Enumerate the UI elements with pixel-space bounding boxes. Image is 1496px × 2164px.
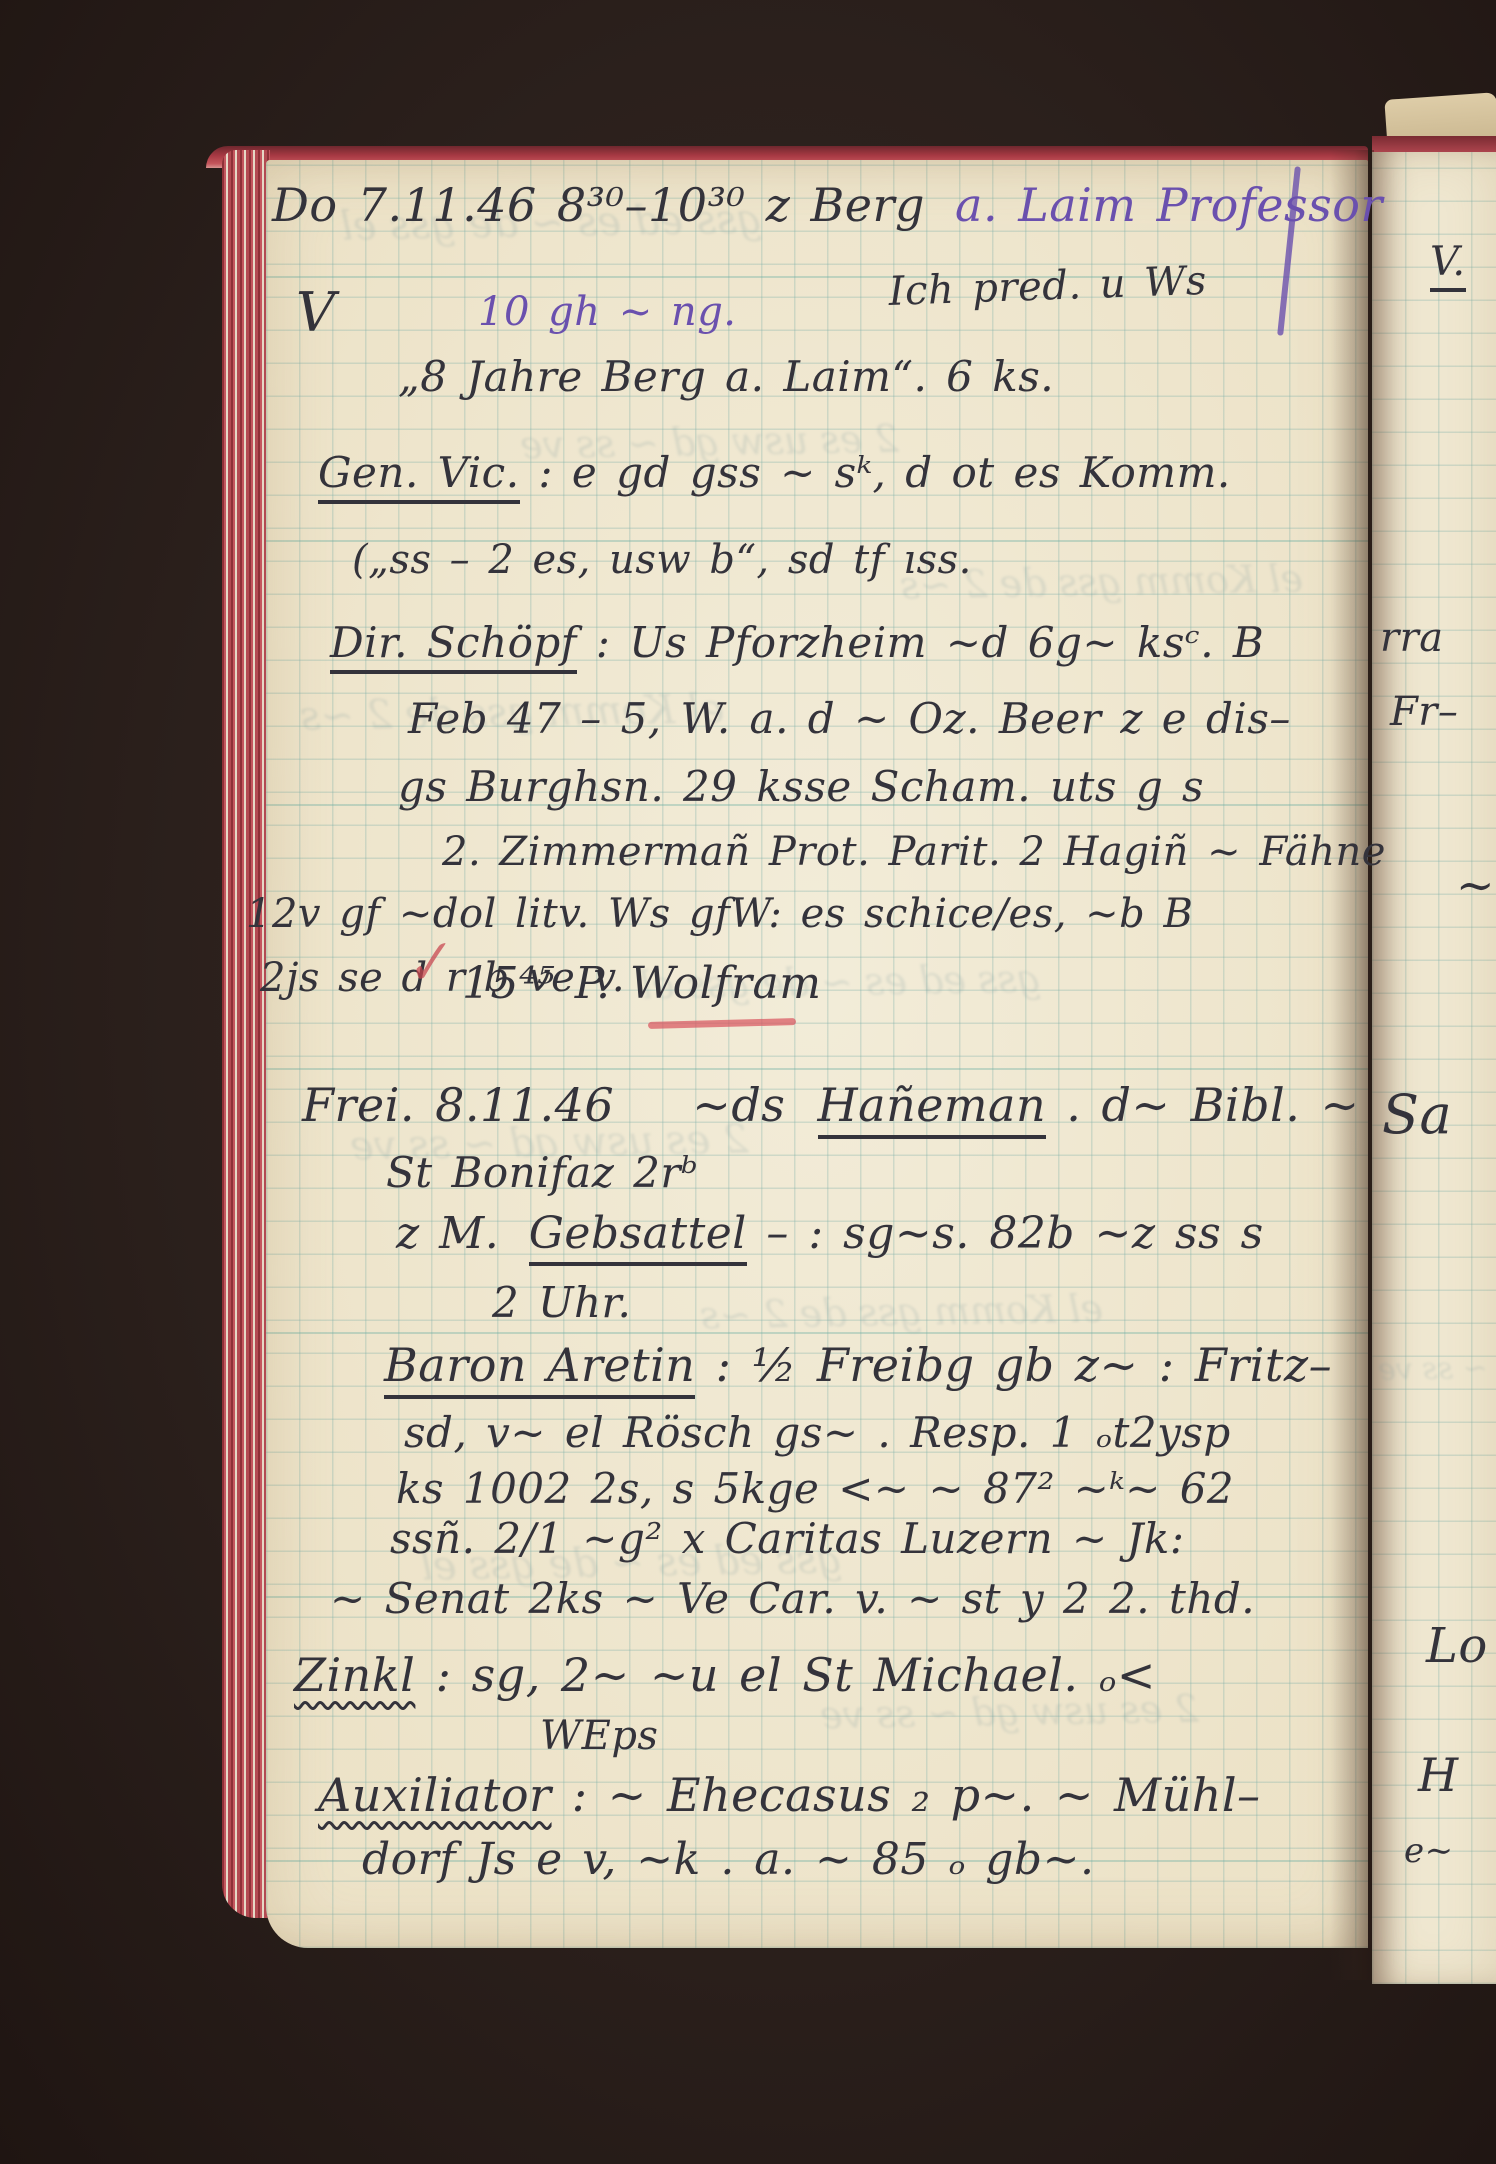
handwriting-line-predigt: Ich pred. u Ws: [888, 261, 1207, 312]
gebsattel-note: – : sg∼s. 82b ∼z ss s: [766, 1208, 1263, 1259]
ink-showthrough: 2 es usw gd ∼ ss ve: [1378, 1347, 1496, 1387]
heading-gen-vic: Gen. Vic.: [318, 448, 520, 504]
right-page-fragment-h: H: [1418, 1752, 1459, 1798]
heading-dir-schoepf: Dir. Schöpf: [330, 618, 577, 674]
shorthand-mark: ∼ds: [692, 1078, 785, 1132]
schoepf-line-feb47: Feb 47 – 5, W. a. d ∼ Oz. Beer z e dis–: [408, 698, 1291, 740]
right-page-paper: [1372, 152, 1496, 1984]
paragraph-dir-schoepf: Dir. Schöpf : Us Pforzheim ∼d 6g∼ ksᶜ. B: [330, 622, 1264, 664]
auxiliator-ehecasus-note: : ∼ Ehecasus ₂ p∼. ∼ Mühl–: [572, 1768, 1261, 1822]
line-2-uhr: 2 Uhr.: [492, 1282, 631, 1324]
right-page-fragment-sa: Sa: [1382, 1088, 1452, 1142]
margin-mark-v: V: [296, 286, 336, 340]
handwriting-line-8-jahre-berg: „8 Jahre Berg a. Laim“. 6 ks.: [398, 356, 1054, 398]
ink-showthrough: el Komm gss de 2 ∼s: [700, 1286, 1104, 1337]
schoepf-line-zimmermann: 2. Zimmermañ Prot. Parit. 2 Hagiñ ∼ Fähn…: [442, 832, 1386, 872]
heading-baron-aretin: Baron Aretin: [384, 1338, 695, 1399]
aretin-line-numbers: ks 1002 2s, s 5kge <∼ ∼ 87² ∼ᵏ∼ 62: [396, 1468, 1234, 1510]
right-page-fragment-tilde: ∼: [1456, 862, 1495, 908]
paragraph-gebsattel: z M. Gebsattel – : sg∼s. 82b ∼z ss s: [396, 1212, 1264, 1256]
aretin-line-caritas-luzern: ssñ. 2/1 ∼g² x Caritas Luzern ∼ Jk:: [390, 1518, 1185, 1560]
entry-date-8-11-46: Frei. 8.11.46: [302, 1078, 614, 1132]
right-fragment-v-underlined: V.: [1430, 239, 1466, 292]
line-st-bonifaz: St Bonifaz 2rᵇ: [386, 1152, 698, 1194]
schoepf-pforzheim: : Us Pforzheim ∼d 6g∼ ksᶜ. B: [596, 618, 1265, 667]
right-page-fragment-v: V.: [1430, 242, 1466, 282]
zinkl-st-michael-note: : sg, 2∼ ∼u el St Michael. ₒ<: [436, 1648, 1156, 1702]
heading-auxiliator: Auxiliator: [318, 1768, 552, 1822]
violet-time-note: 10 gh ∼ ng.: [478, 292, 737, 332]
entry-line-date-8-11-46: Frei. 8.11.46 ∼ds Hañeman . d∼ Bibl. ∼: [302, 1082, 1360, 1128]
entry-line-date-7-11-46: Do 7.11.46 8³⁰–10³⁰ z Berg a. Laim Profe…: [272, 182, 1383, 228]
schoepf-line-12v: 12v gf ∼dol litv. Ws gfW: es schice/es, …: [246, 894, 1193, 934]
paragraph-zinkl: Zinkl : sg, 2∼ ∼u el St Michael. ₒ<: [294, 1652, 1156, 1698]
right-page-fragment-fr: Fr–: [1390, 692, 1458, 732]
red-page-edge-left: [222, 150, 270, 1918]
right-page-fragment-rra: rra: [1380, 618, 1444, 658]
schoepf-line-burghsn: gs Burghsn. 29 ksse Scham. uts g s: [398, 766, 1204, 808]
line-muehldorf: dorf Js e v, ∼k . a. ∼ 85 ₒ gb∼.: [362, 1838, 1094, 1882]
paragraph-gen-vic: Gen. Vic. : e gd gss ∼ sᵏ, d ot es Komm.: [318, 452, 1231, 494]
gutter-shadow: [1330, 150, 1374, 1980]
paragraph-baron-aretin: Baron Aretin : ½ Freibg gb z∼ : Fritz–: [384, 1342, 1332, 1388]
diary-photo: gss ed es ∼ de gss el 2 es usw gd ∼ ss v…: [0, 0, 1496, 2164]
right-page-fragment-e: e∼: [1404, 1834, 1454, 1868]
aretin-freiburg-note: : ½ Freibg gb z∼ : Fritz–: [716, 1338, 1333, 1392]
violet-addition-berg-am-laim: a. Laim Professor: [955, 178, 1383, 232]
gen-vic-shorthand-line2: („ss – 2 es, usw b“, sd tf ıss.: [352, 540, 972, 580]
aretin-line-roesch: sd, v∼ el Rösch gs∼ . Resp. 1 ₒt2ysp: [404, 1412, 1231, 1454]
right-page-fragment-lo: Lo: [1426, 1622, 1488, 1670]
name-gebsattel: Gebsattel: [529, 1208, 747, 1266]
gen-vic-shorthand: : e gd gss ∼ sᵏ, d ot es Komm.: [538, 448, 1230, 497]
entry-date-time: Do 7.11.46 8³⁰–10³⁰ z Berg: [272, 178, 925, 232]
hanemann-note: . d∼ Bibl. ∼: [1066, 1078, 1359, 1132]
gebsattel-prefix: z M.: [396, 1208, 499, 1259]
line-1545-wolfram: 15⁴⁵ P. Wolfram: [462, 962, 822, 1006]
paragraph-auxiliator: Auxiliator : ∼ Ehecasus ₂ p∼. ∼ Mühl–: [318, 1772, 1261, 1818]
heading-zinkl: Zinkl: [294, 1648, 415, 1702]
name-hanemann: Hañeman: [818, 1078, 1047, 1139]
aretin-line-senat: ∼ Senat 2ks ∼ Ve Car. v. ∼ st y 2 2. thd…: [330, 1578, 1255, 1620]
line-weps: WEps: [540, 1716, 658, 1756]
